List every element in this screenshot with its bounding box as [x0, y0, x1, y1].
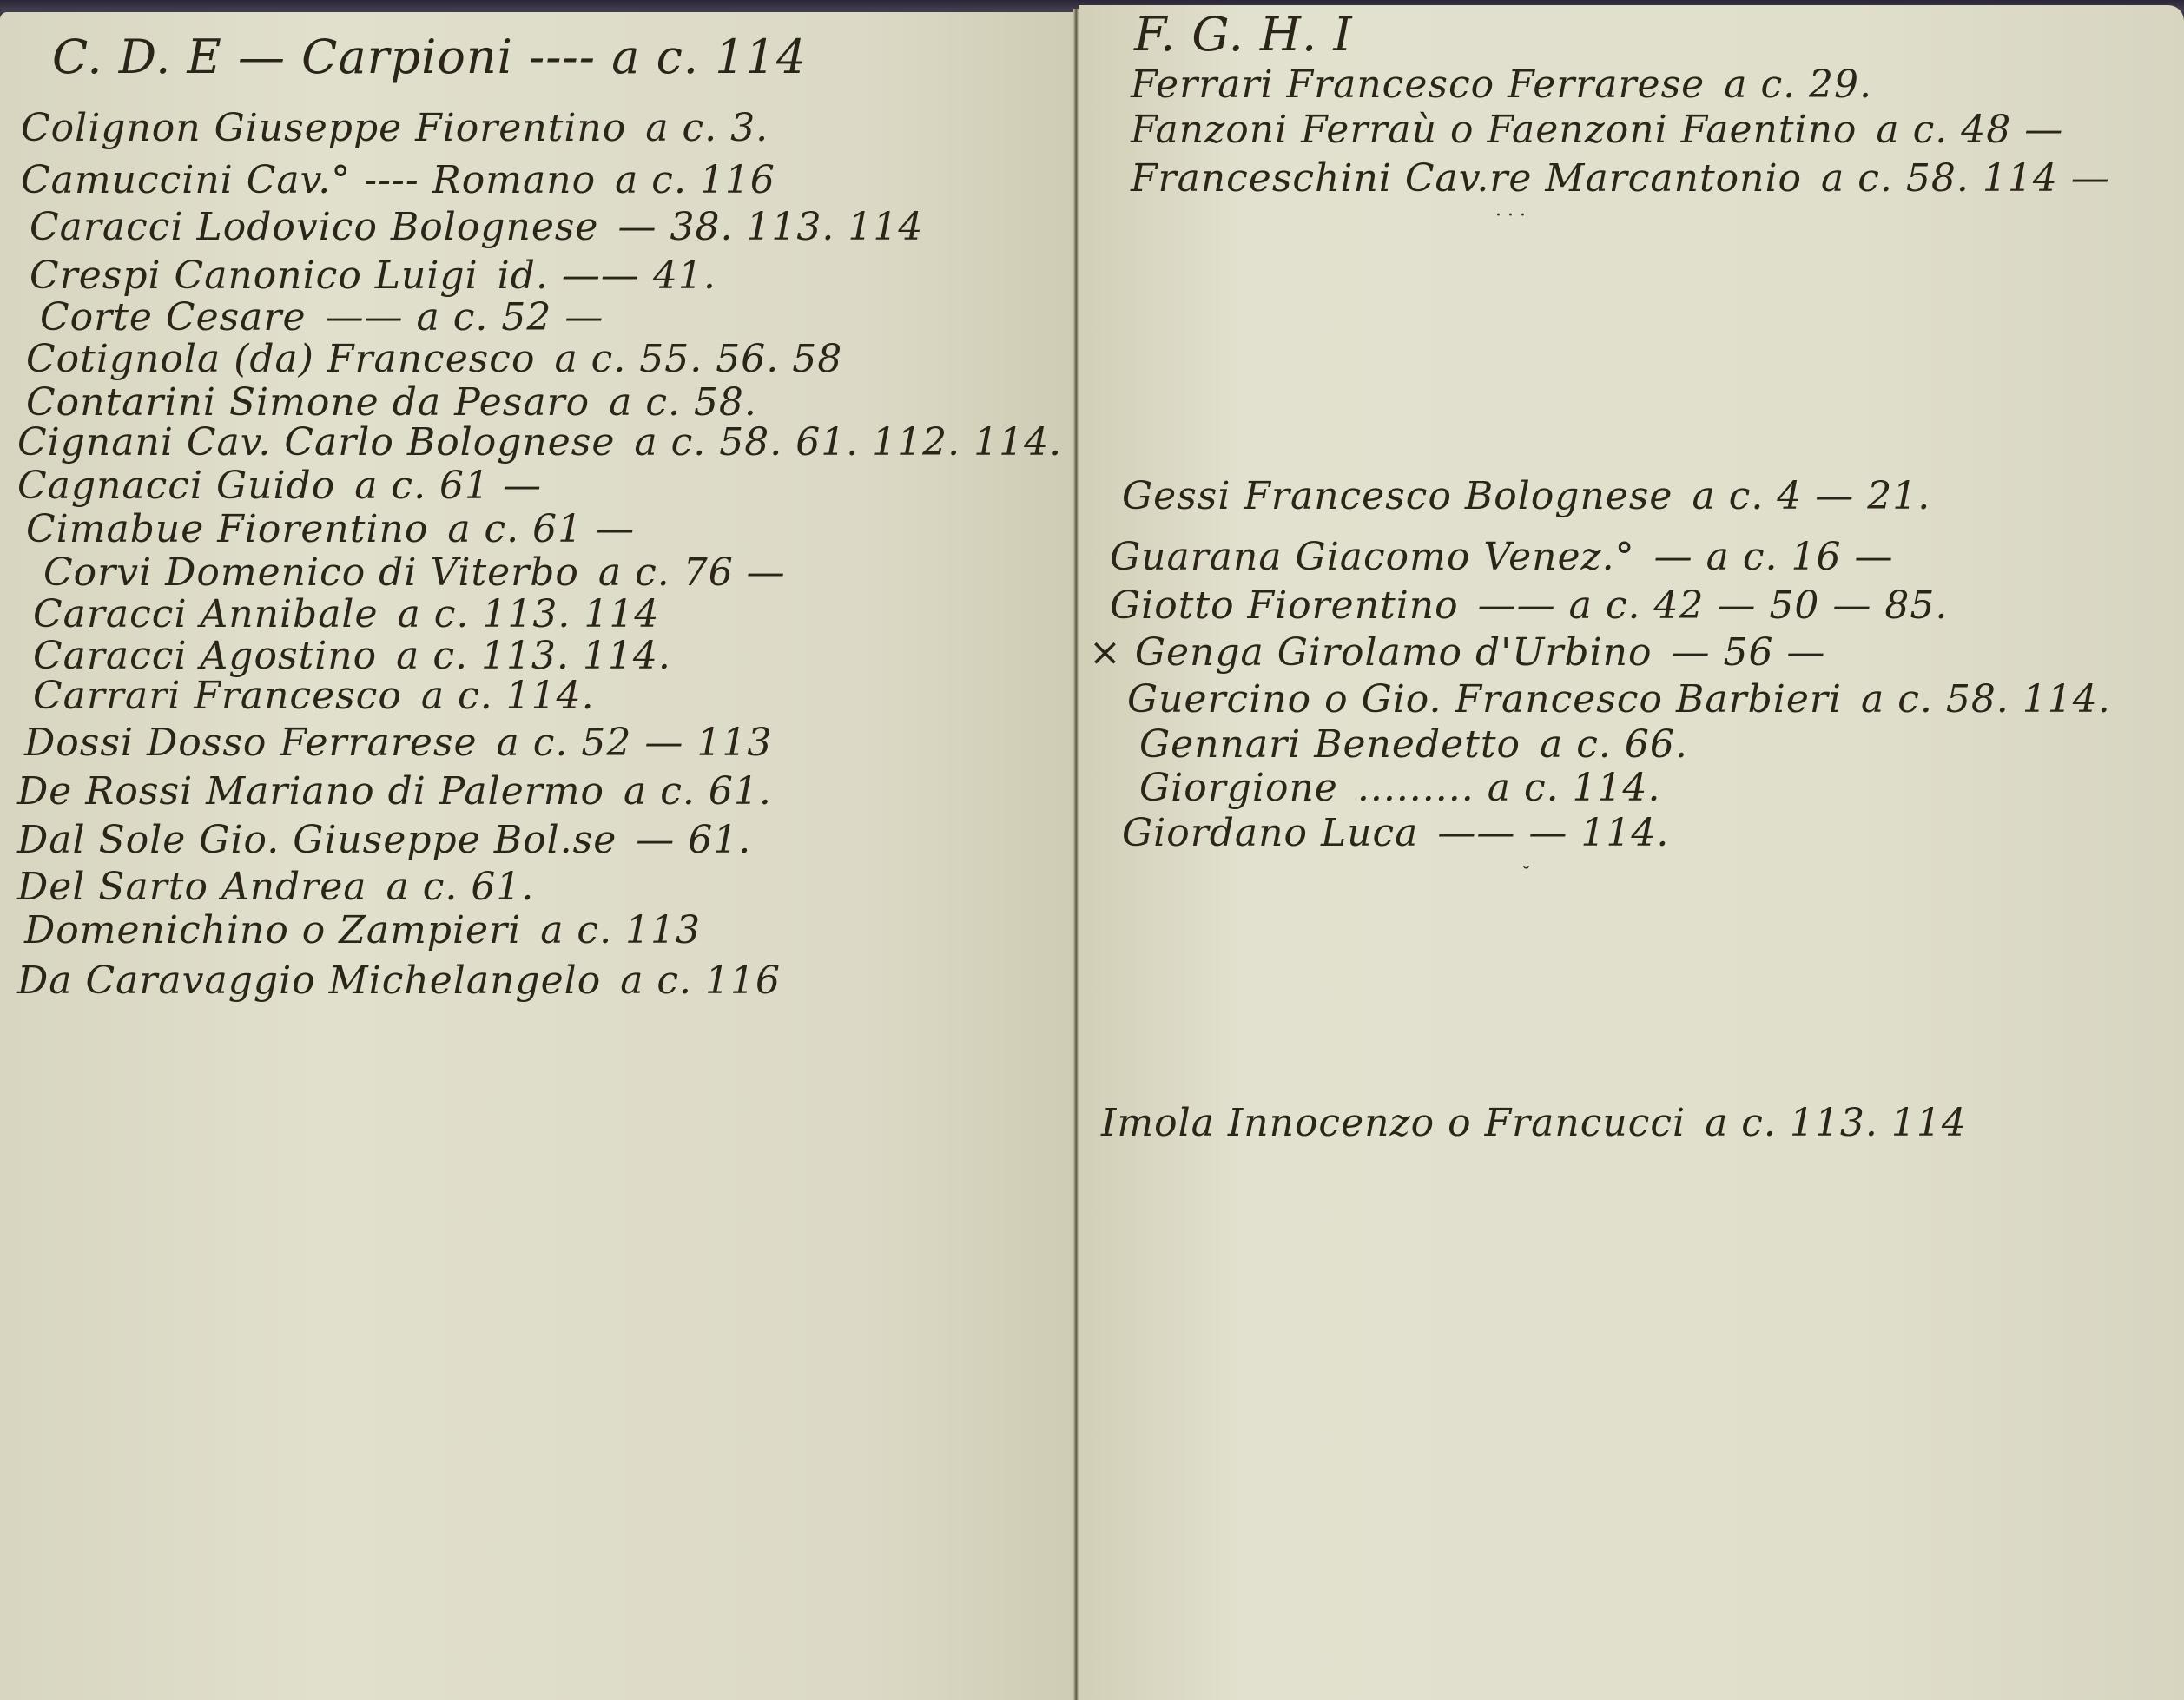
entry-pages: a c. 113. 114 [398, 592, 660, 636]
entry-pages: — 61. [636, 818, 751, 862]
index-entry: Corvi Domenico di Viterboa c. 76 — [43, 550, 786, 595]
index-entry: Dal Sole Gio. Giuseppe Bol.se— 61. [17, 818, 751, 862]
entry-pages: a c. 116 [615, 158, 775, 202]
entry-pages: a c. 52 — 113 [497, 721, 773, 765]
entry-pages: a c. 76 — [598, 550, 786, 595]
entry-name: Ferrari Francesco Ferrarese [1131, 63, 1705, 107]
entry-name: Colignon Giuseppe Fiorentino [21, 106, 626, 150]
index-entry: Gennari Benedettoa c. 66. [1139, 722, 1688, 767]
entry-pages: a c. 48 — [1876, 108, 2063, 152]
entry-pages: —— — 114. [1437, 811, 1669, 855]
entry-name: Carrari Francesco [33, 674, 402, 718]
entry-name: Corvi Domenico di Viterbo [43, 550, 579, 595]
index-entry: Imola Innocenzo o Francuccia c. 113. 114 [1101, 1101, 1967, 1145]
entry-pages: a c. 116 [620, 959, 781, 1003]
index-entry: Crespi Canonico Luigiid. —— 41. [30, 254, 716, 298]
entry-name: × Genga Girolamo d'Urbino [1089, 630, 1652, 675]
index-entry: Fanzoni Ferraù o Faenzoni Faentinoa c. 4… [1131, 108, 2063, 152]
entry-name: Franceschini Cav.re Marcantonio [1131, 156, 1802, 201]
entry-name: Guarana Giacomo Venez.° [1110, 535, 1635, 579]
index-entry: Del Sarto Andreaa c. 61. [17, 865, 534, 909]
entry-name: Dal Sole Gio. Giuseppe Bol.se [17, 818, 617, 862]
entry-pages: a c. 58. 114 — [1821, 156, 2110, 201]
entry-pages: a c. 113 [540, 908, 701, 952]
entry-name: Contarini Simone da Pesaro [26, 380, 590, 425]
entry-name: Da Caravaggio Michelangelo [17, 959, 601, 1003]
index-entry: Caracci Agostinoa c. 113. 114. [33, 634, 671, 678]
index-entry: Giotto Fiorentino—— a c. 42 — 50 — 85. [1110, 583, 1948, 628]
index-entry: Domenichino o Zampieria c. 113 [24, 908, 701, 952]
index-entry: Da Caravaggio Michelangeloa c. 116 [17, 959, 781, 1003]
index-entry: Giordano Luca—— — 114. [1122, 811, 1669, 855]
entry-name: Cignani Cav. Carlo Bolognese [17, 420, 615, 465]
entry-name: Crespi Canonico Luigi [30, 254, 478, 298]
index-entry: Cotignola (da) Francescoa c. 55. 56. 58 [26, 337, 842, 381]
index-entry: Carrari Francescoa c. 114. [33, 674, 595, 718]
book-spread: C. D. E — Carpioni ---- a c. 114 Coligno… [0, 0, 2184, 1700]
index-entry: Franceschini Cav.re Marcantonioa c. 58. … [1131, 156, 2110, 201]
entry-pages: a c. 113. 114 [1705, 1101, 1967, 1145]
entry-name: Caracci Lodovico Bolognese [30, 205, 598, 249]
ink-speck: · · · [1495, 205, 1526, 227]
entry-pages: a c. 61. [386, 865, 535, 909]
entry-name: Fanzoni Ferraù o Faenzoni Faentino [1131, 108, 1857, 152]
entry-pages: —— a c. 42 — 50 — 85. [1478, 583, 1949, 628]
right-page: F. G. H. I Ferrari Francesco Ferraresea … [1079, 5, 2184, 1700]
left-page: C. D. E — Carpioni ---- a c. 114 Coligno… [0, 12, 1075, 1700]
index-entry: Camuccini Cav.° ---- Romanoa c. 116 [21, 158, 775, 202]
index-entry: Cagnacci Guidoa c. 61 — [17, 464, 542, 508]
entry-pages: a c. 29. [1724, 63, 1872, 107]
entry-name: Camuccini Cav.° ---- Romano [21, 158, 596, 202]
entry-name: Giordano Luca [1122, 811, 1418, 855]
entry-name: Caracci Annibale [33, 592, 379, 636]
index-entry: Cimabue Fiorentinoa c. 61 — [26, 507, 635, 551]
ink-speck: ˘ [1521, 865, 1531, 886]
entry-pages: a c. 66. [1540, 722, 1688, 767]
index-entry: Dossi Dosso Ferraresea c. 52 — 113 [24, 721, 772, 765]
entry-name: Corte Cesare [40, 295, 307, 339]
index-entry: × Genga Girolamo d'Urbino— 56 — [1089, 630, 1825, 675]
index-entry: Giorgione......... a c. 114. [1139, 766, 1661, 810]
index-entry: Guercino o Gio. Francesco Barbieria c. 5… [1127, 677, 2111, 722]
index-entry: Caracci Annibalea c. 113. 114 [33, 592, 659, 636]
index-entry: Colignon Giuseppe Fiorentinoa c. 3. [21, 106, 769, 150]
entry-pages: a c. 61 — [354, 464, 542, 508]
entry-pages: a c. 55. 56. 58 [554, 337, 842, 381]
entry-pages: ......... a c. 114. [1357, 766, 1661, 810]
index-entry: Contarini Simone da Pesaroa c. 58. [26, 380, 757, 425]
entry-name: Cotignola (da) Francesco [26, 337, 535, 381]
index-entry: Ferrari Francesco Ferraresea c. 29. [1131, 63, 1872, 107]
entry-pages: a c. 58. 114. [1861, 677, 2111, 722]
entry-name: Domenichino o Zampieri [24, 908, 521, 952]
entry-pages: a c. 4 — 21. [1692, 474, 1930, 518]
left-page-heading: C. D. E — Carpioni ---- a c. 114 [52, 30, 807, 84]
entry-name: Guercino o Gio. Francesco Barbieri [1127, 677, 1842, 722]
entry-pages: —— a c. 52 — [326, 295, 604, 339]
entry-name: Giotto Fiorentino [1110, 583, 1459, 628]
entry-name: Dossi Dosso Ferrarese [24, 721, 478, 765]
entry-pages: a c. 61 — [447, 507, 635, 551]
entry-pages: a c. 113. 114. [396, 634, 671, 678]
index-entry: Caracci Lodovico Bolognese— 38. 113. 114 [30, 205, 923, 249]
entry-pages: a c. 58. 61. 112. 114. [634, 420, 1062, 465]
index-entry: Gessi Francesco Bolognesea c. 4 — 21. [1122, 474, 1930, 518]
entry-name: Cimabue Fiorentino [26, 507, 428, 551]
index-entry: Guarana Giacomo Venez.°— a c. 16 — [1110, 535, 1893, 579]
entry-pages: a c. 3. [645, 106, 769, 150]
entry-name: Gennari Benedetto [1139, 722, 1521, 767]
entry-name: Caracci Agostino [33, 634, 377, 678]
entry-pages: — 56 — [1671, 630, 1825, 675]
entry-pages: a c. 58. [609, 380, 757, 425]
index-entry: Cignani Cav. Carlo Bolognesea c. 58. 61.… [17, 420, 1062, 465]
entry-pages: id. —— 41. [498, 254, 716, 298]
entry-name: Gessi Francesco Bolognese [1122, 474, 1673, 518]
entry-name: Imola Innocenzo o Francucci [1101, 1101, 1686, 1145]
entry-name: Del Sarto Andrea [17, 865, 367, 909]
entry-name: De Rossi Mariano di Palermo [17, 769, 604, 814]
entry-pages: a c. 61. [624, 769, 772, 814]
right-page-heading: F. G. H. I [1134, 7, 1353, 62]
entry-name: Giorgione [1139, 766, 1338, 810]
entry-pages: — 38. 113. 114 [617, 205, 923, 249]
entry-pages: a c. 114. [421, 674, 595, 718]
entry-name: Cagnacci Guido [17, 464, 335, 508]
entry-pages: — a c. 16 — [1654, 535, 1894, 579]
index-entry: De Rossi Mariano di Palermoa c. 61. [17, 769, 772, 814]
index-entry: Corte Cesare—— a c. 52 — [40, 295, 604, 339]
